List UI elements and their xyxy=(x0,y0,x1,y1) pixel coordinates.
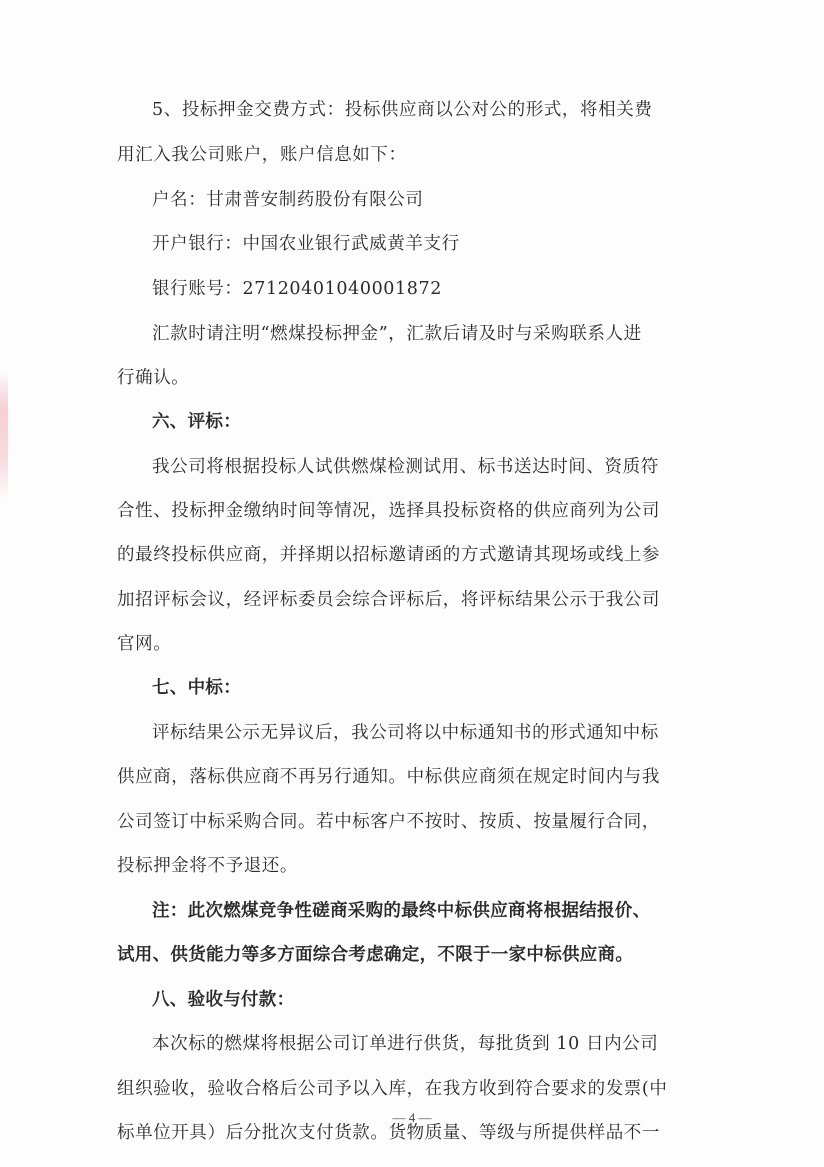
section-heading-line: 注：此次燃煤竞争性磋商采购的最终中标供应商将根据结报价、 xyxy=(152,899,650,923)
paragraph-line: 官网。 xyxy=(117,632,171,656)
section-heading-line: 试用、供货能力等多方面综合考虑确定，不限于一家中标供应商。 xyxy=(117,943,633,967)
paragraph-line: 汇款时请注明“燃煤投标押金”，汇款后请及时与采购联系人进 xyxy=(152,322,642,346)
paragraph-line: 银行账号：27120401040001872 xyxy=(152,277,442,301)
paragraph-line: 供应商，落标供应商不再另行通知。中标供应商须在规定时间内与我 xyxy=(117,765,660,789)
paragraph-line: 加招评标会议，经评标委员会综合评标后，将评标结果公示于我公司 xyxy=(117,588,660,612)
section-heading-line: 七、中标： xyxy=(152,676,241,700)
paragraph-line: 评标结果公示无异议后，我公司将以中标通知书的形式通知中标 xyxy=(152,721,659,745)
paragraph-line: 的最终投标供应商，并择期以招标邀请函的方式邀请其现场或线上参 xyxy=(117,543,660,567)
paragraph-line: 本次标的燃煤将根据公司订单进行供货，每批货到 10 日内公司 xyxy=(152,1032,658,1056)
section-heading-line: 八、验收与付款： xyxy=(152,988,294,1012)
paragraph-line: 行确认。 xyxy=(117,366,189,390)
section-heading-line: 六、评标： xyxy=(152,410,241,434)
page-number: — 4 — xyxy=(0,1110,824,1126)
paragraph-line: 用汇入我公司账户，账户信息如下： xyxy=(117,143,407,167)
paragraph-line: 公司签订中标采购合同。若中标客户不按时、按质、按量履行合同， xyxy=(117,810,660,834)
paragraph-line: 开户银行：中国农业银行武威黄羊支行 xyxy=(152,232,460,256)
document-page: 5、投标押金交费方式：投标供应商以公对公的形式，将相关费用汇入我公司账户，账户信… xyxy=(0,0,824,1167)
paragraph-line: 组织验收，验收合格后公司予以入库，在我方收到符合要求的发票(中 xyxy=(117,1077,667,1101)
paragraph-line: 户名：甘肃普安制药股份有限公司 xyxy=(152,188,424,212)
paragraph-line: 5、投标押金交费方式：投标供应商以公对公的形式，将相关费 xyxy=(152,98,652,122)
paragraph-line: 投标押金将不予退还。 xyxy=(117,854,298,878)
seal-stamp-edge xyxy=(0,370,8,500)
paragraph-line: 合性、投标押金缴纳时间等情况，选择具投标资格的供应商列为公司 xyxy=(117,499,660,523)
paragraph-line: 我公司将根据投标人试供燃煤检测试用、标书送达时间、资质符 xyxy=(152,455,659,479)
